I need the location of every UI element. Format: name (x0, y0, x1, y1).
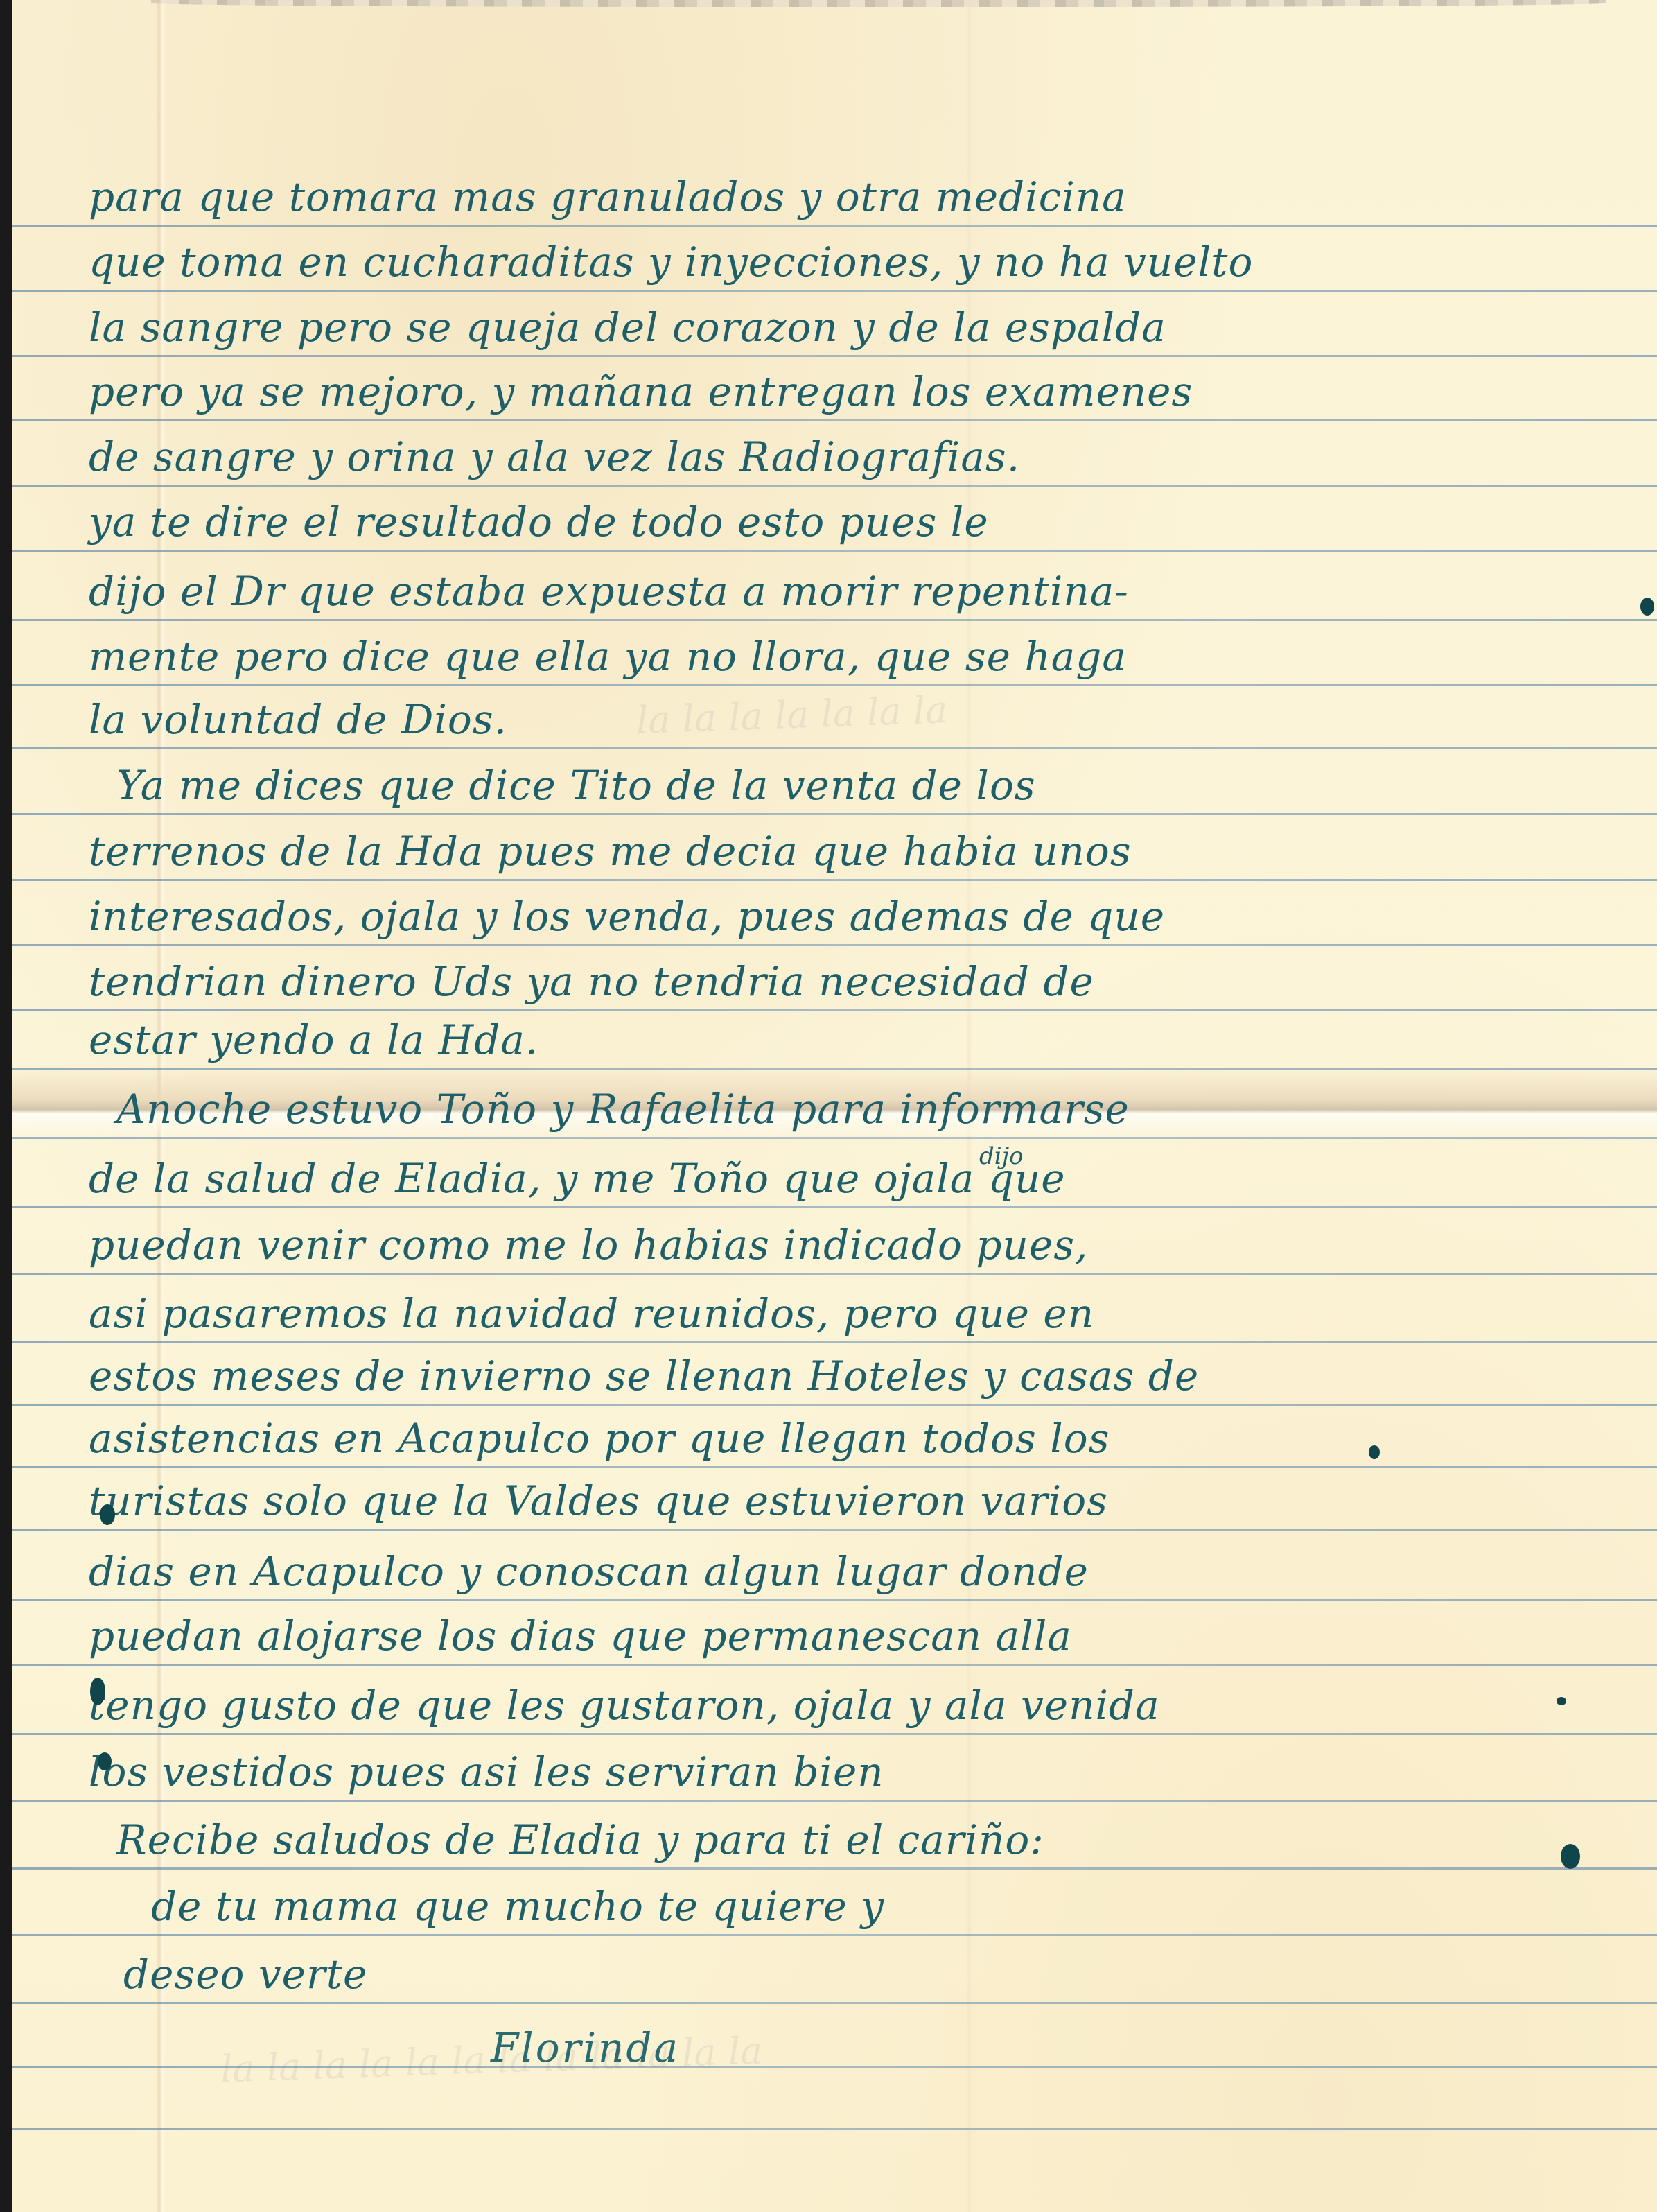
letter-line: mente pero dice que ella ya no llora, qu… (89, 633, 1127, 680)
ink-blot (98, 1752, 112, 1770)
ruled-line (12, 944, 1657, 946)
letter-line: dijo el Dr que estaba expuesta a morir r… (89, 568, 1129, 615)
ruled-line (12, 485, 1657, 487)
letter-line: estar yendo a la Hda. (89, 1016, 538, 1063)
letter-line: deseo verte (123, 1951, 367, 1998)
ink-blot (1561, 1844, 1580, 1869)
letter-line: estos meses de invierno se llenan Hotele… (89, 1352, 1199, 1400)
letter-line: turistas solo que la Valdes que estuvier… (89, 1477, 1108, 1524)
letter-line: de sangre y orina y ala vez las Radiogra… (89, 433, 1020, 480)
letter-line: que toma en cucharaditas y inyecciones, … (89, 238, 1253, 286)
letter-line: puedan alojarse los dias que permanescan… (89, 1612, 1072, 1660)
ruled-line (12, 550, 1657, 552)
ink-blot (100, 1504, 115, 1525)
letter-line: dias en Acapulco y conoscan algun lugar … (89, 1548, 1089, 1595)
letter-page: la la la la la la la la la la la la la l… (12, 0, 1657, 2212)
torn-top-edge (151, 0, 1606, 7)
ruled-line (12, 879, 1657, 881)
ruled-line (12, 1404, 1657, 1406)
ruled-line (12, 1599, 1657, 1601)
signature: Florinda (491, 2024, 680, 2071)
ink-blot (1557, 1697, 1566, 1705)
letter-line: de la salud de Eladia, y me Toño que oja… (89, 1155, 1066, 1202)
letter-line: interesados, ojala y los venda, pues ade… (89, 893, 1165, 940)
ruled-line (12, 1733, 1657, 1735)
ruled-line (12, 619, 1657, 621)
ruled-line (12, 1529, 1657, 1531)
letter-line: tengo gusto de que les gustaron, ojala y… (89, 1682, 1160, 1729)
ruled-line (12, 1934, 1657, 1936)
letter-line: Ya me dices que dice Tito de la venta de… (116, 762, 1036, 809)
letter-line: la sangre pero se queja del corazon y de… (89, 304, 1166, 351)
ruled-line (12, 1009, 1657, 1011)
ruled-line (12, 684, 1657, 686)
ruled-line (12, 355, 1657, 357)
ruled-line (12, 813, 1657, 815)
letter-line: puedan venir como me lo habias indicado … (89, 1221, 1088, 1269)
ruled-line (12, 1341, 1657, 1343)
letter-line: para que tomara mas granulados y otra me… (89, 173, 1127, 220)
ruled-line (12, 1867, 1657, 1870)
ruled-line (12, 1206, 1657, 1208)
ruled-line (12, 1664, 1657, 1666)
letter-line: asistencias en Acapulco por que llegan t… (89, 1415, 1110, 1462)
ruled-line (12, 419, 1657, 421)
ruled-line (12, 2128, 1657, 2130)
letter-line: de tu mama que mucho te quiere y (151, 1883, 884, 1930)
bleed-through-text: la la la la la la la (635, 688, 948, 742)
letter-line: pero ya se mejoro, y mañana entregan los… (89, 368, 1193, 415)
ruled-line (12, 1273, 1657, 1275)
letter-line: tendrian dinero Uds ya no tendria necesi… (89, 958, 1094, 1005)
ruled-line (12, 225, 1657, 227)
letter-line: Anoche estuvo Toño y Rafaelita para info… (116, 1086, 1130, 1133)
ruled-line (12, 290, 1657, 292)
letter-line: terrenos de la Hda pues me decia que hab… (89, 828, 1132, 875)
ruled-line (12, 2002, 1657, 2004)
ink-blot (90, 1678, 105, 1705)
ruled-line (12, 747, 1657, 749)
letter-line: ya te dire el resultado de todo esto pue… (89, 498, 989, 546)
letter-line: asi pasaremos la navidad reunidos, pero … (89, 1290, 1094, 1337)
ink-blot (1369, 1445, 1380, 1459)
ruled-line (12, 1800, 1657, 1802)
letter-line: los vestidos pues asi les serviran bien (89, 1748, 884, 1795)
ink-blot (1640, 598, 1654, 616)
letter-line: Recibe saludos de Eladia y para ti el ca… (116, 1816, 1044, 1863)
letter-line: la voluntad de Dios. (89, 696, 507, 743)
ruled-line (12, 1466, 1657, 1468)
